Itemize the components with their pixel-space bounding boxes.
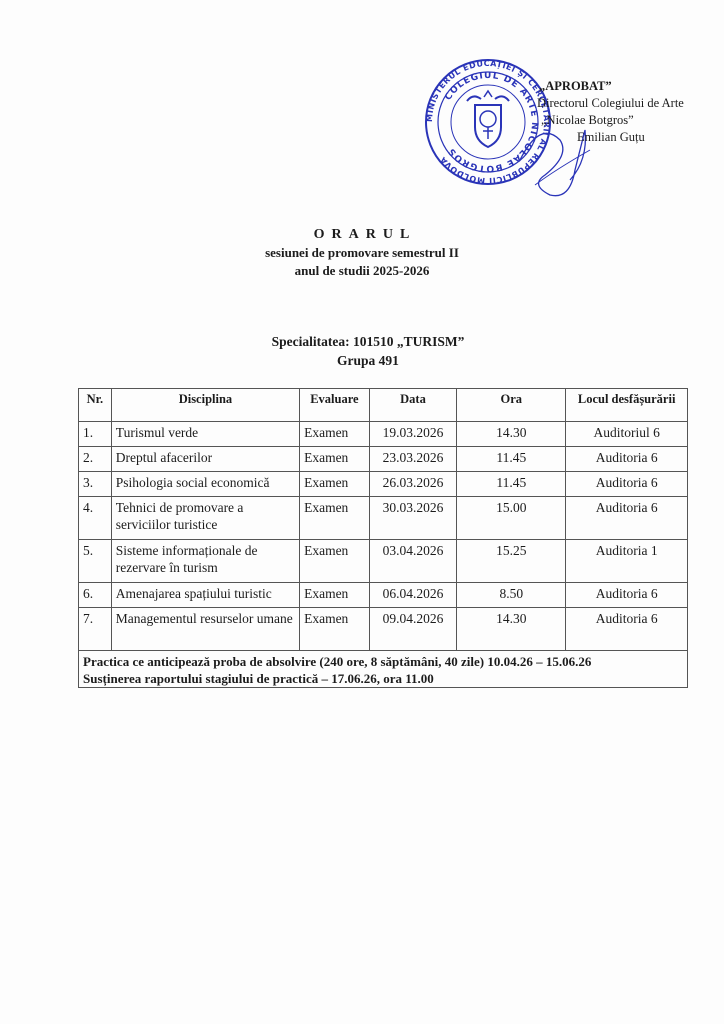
cell-evaluare: Examen (300, 422, 370, 447)
header-data: Data (369, 389, 457, 422)
cell-evaluare: Examen (300, 447, 370, 472)
cell-ora: 15.25 (457, 540, 566, 583)
exam-schedule-table: Nr. Disciplina Evaluare Data Ora Locul d… (78, 388, 688, 688)
cell-locul: Auditoriul 6 (566, 422, 688, 447)
practice-line: Practica ce anticipează proba de absolvi… (83, 653, 683, 670)
cell-ora: 11.45 (457, 472, 566, 497)
cell-evaluare: Examen (300, 497, 370, 540)
cell-disciplina: Tehnici de promovare a serviciilor turis… (111, 497, 299, 540)
practice-row: Practica ce anticipează proba de absolvi… (79, 651, 688, 688)
document-title: ORARUL sesiunei de promovare semestrul I… (0, 226, 724, 280)
specialty-line: Specialitatea: 101510 „TURISM” (0, 332, 724, 351)
table-row: 2. Dreptul afacerilor Examen 23.03.2026 … (79, 447, 688, 472)
header-evaluare: Evaluare (300, 389, 370, 422)
approval-college-line: „Nicolae Botgros” (541, 112, 634, 129)
table-header-row: Nr. Disciplina Evaluare Data Ora Locul d… (79, 389, 688, 422)
cell-evaluare: Examen (300, 608, 370, 651)
cell-nr: 5. (79, 540, 112, 583)
cell-nr: 2. (79, 447, 112, 472)
header-ora: Ora (457, 389, 566, 422)
cell-data: 23.03.2026 (369, 447, 457, 472)
cell-data: 19.03.2026 (369, 422, 457, 447)
cell-data: 09.04.2026 (369, 608, 457, 651)
cell-evaluare: Examen (300, 472, 370, 497)
cell-locul: Auditoria 6 (566, 472, 688, 497)
cell-ora: 14.30 (457, 608, 566, 651)
cell-disciplina: Managementul resurselor umane (111, 608, 299, 651)
cell-nr: 4. (79, 497, 112, 540)
approval-director-line: Directorul Colegiului de Arte (537, 95, 684, 112)
title-main: ORARUL (0, 226, 724, 244)
cell-data: 30.03.2026 (369, 497, 457, 540)
cell-locul: Auditoria 6 (566, 497, 688, 540)
cell-locul: Auditoria 6 (566, 447, 688, 472)
specialty-block: Specialitatea: 101510 „TURISM” Grupa 491 (0, 332, 724, 370)
cell-ora: 15.00 (457, 497, 566, 540)
table-row: 6. Amenajarea spațiului turistic Examen … (79, 583, 688, 608)
cell-locul: Auditoria 1 (566, 540, 688, 583)
table-row: 3. Psihologia social economică Examen 26… (79, 472, 688, 497)
cell-ora: 11.45 (457, 447, 566, 472)
cell-nr: 7. (79, 608, 112, 651)
approval-block: MINISTERUL EDUCAȚIEI ȘI CERCETĂRII AL RE… (0, 0, 724, 220)
cell-nr: 6. (79, 583, 112, 608)
cell-disciplina: Dreptul afacerilor (111, 447, 299, 472)
approval-name: Emilian Guțu (577, 129, 645, 146)
cell-ora: 8.50 (457, 583, 566, 608)
cell-nr: 3. (79, 472, 112, 497)
practice-cell: Practica ce anticipează proba de absolvi… (79, 651, 688, 688)
cell-data: 03.04.2026 (369, 540, 457, 583)
cell-data: 06.04.2026 (369, 583, 457, 608)
cell-evaluare: Examen (300, 540, 370, 583)
title-line-1: sesiunei de promovare semestrul II (0, 244, 724, 262)
cell-nr: 1. (79, 422, 112, 447)
table-row: 4. Tehnici de promovare a serviciilor tu… (79, 497, 688, 540)
cell-disciplina: Turismul verde (111, 422, 299, 447)
report-line: Susținerea raportului stagiului de pract… (83, 670, 683, 687)
cell-locul: Auditoria 6 (566, 608, 688, 651)
cell-evaluare: Examen (300, 583, 370, 608)
table-row: 7. Managementul resurselor umane Examen … (79, 608, 688, 651)
cell-ora: 14.30 (457, 422, 566, 447)
table-row: 1. Turismul verde Examen 19.03.2026 14.3… (79, 422, 688, 447)
cell-locul: Auditoria 6 (566, 583, 688, 608)
approval-heading: „APROBAT” (539, 78, 612, 95)
cell-data: 26.03.2026 (369, 472, 457, 497)
cell-disciplina: Amenajarea spațiului turistic (111, 583, 299, 608)
header-nr: Nr. (79, 389, 112, 422)
header-disciplina: Disciplina (111, 389, 299, 422)
group-line: Grupa 491 (0, 351, 724, 370)
header-locul: Locul desfășurării (566, 389, 688, 422)
cell-disciplina: Psihologia social economică (111, 472, 299, 497)
table-row: 5. Sisteme informaționale de rezervare î… (79, 540, 688, 583)
title-line-2: anul de studii 2025-2026 (0, 262, 724, 280)
cell-disciplina: Sisteme informaționale de rezervare în t… (111, 540, 299, 583)
